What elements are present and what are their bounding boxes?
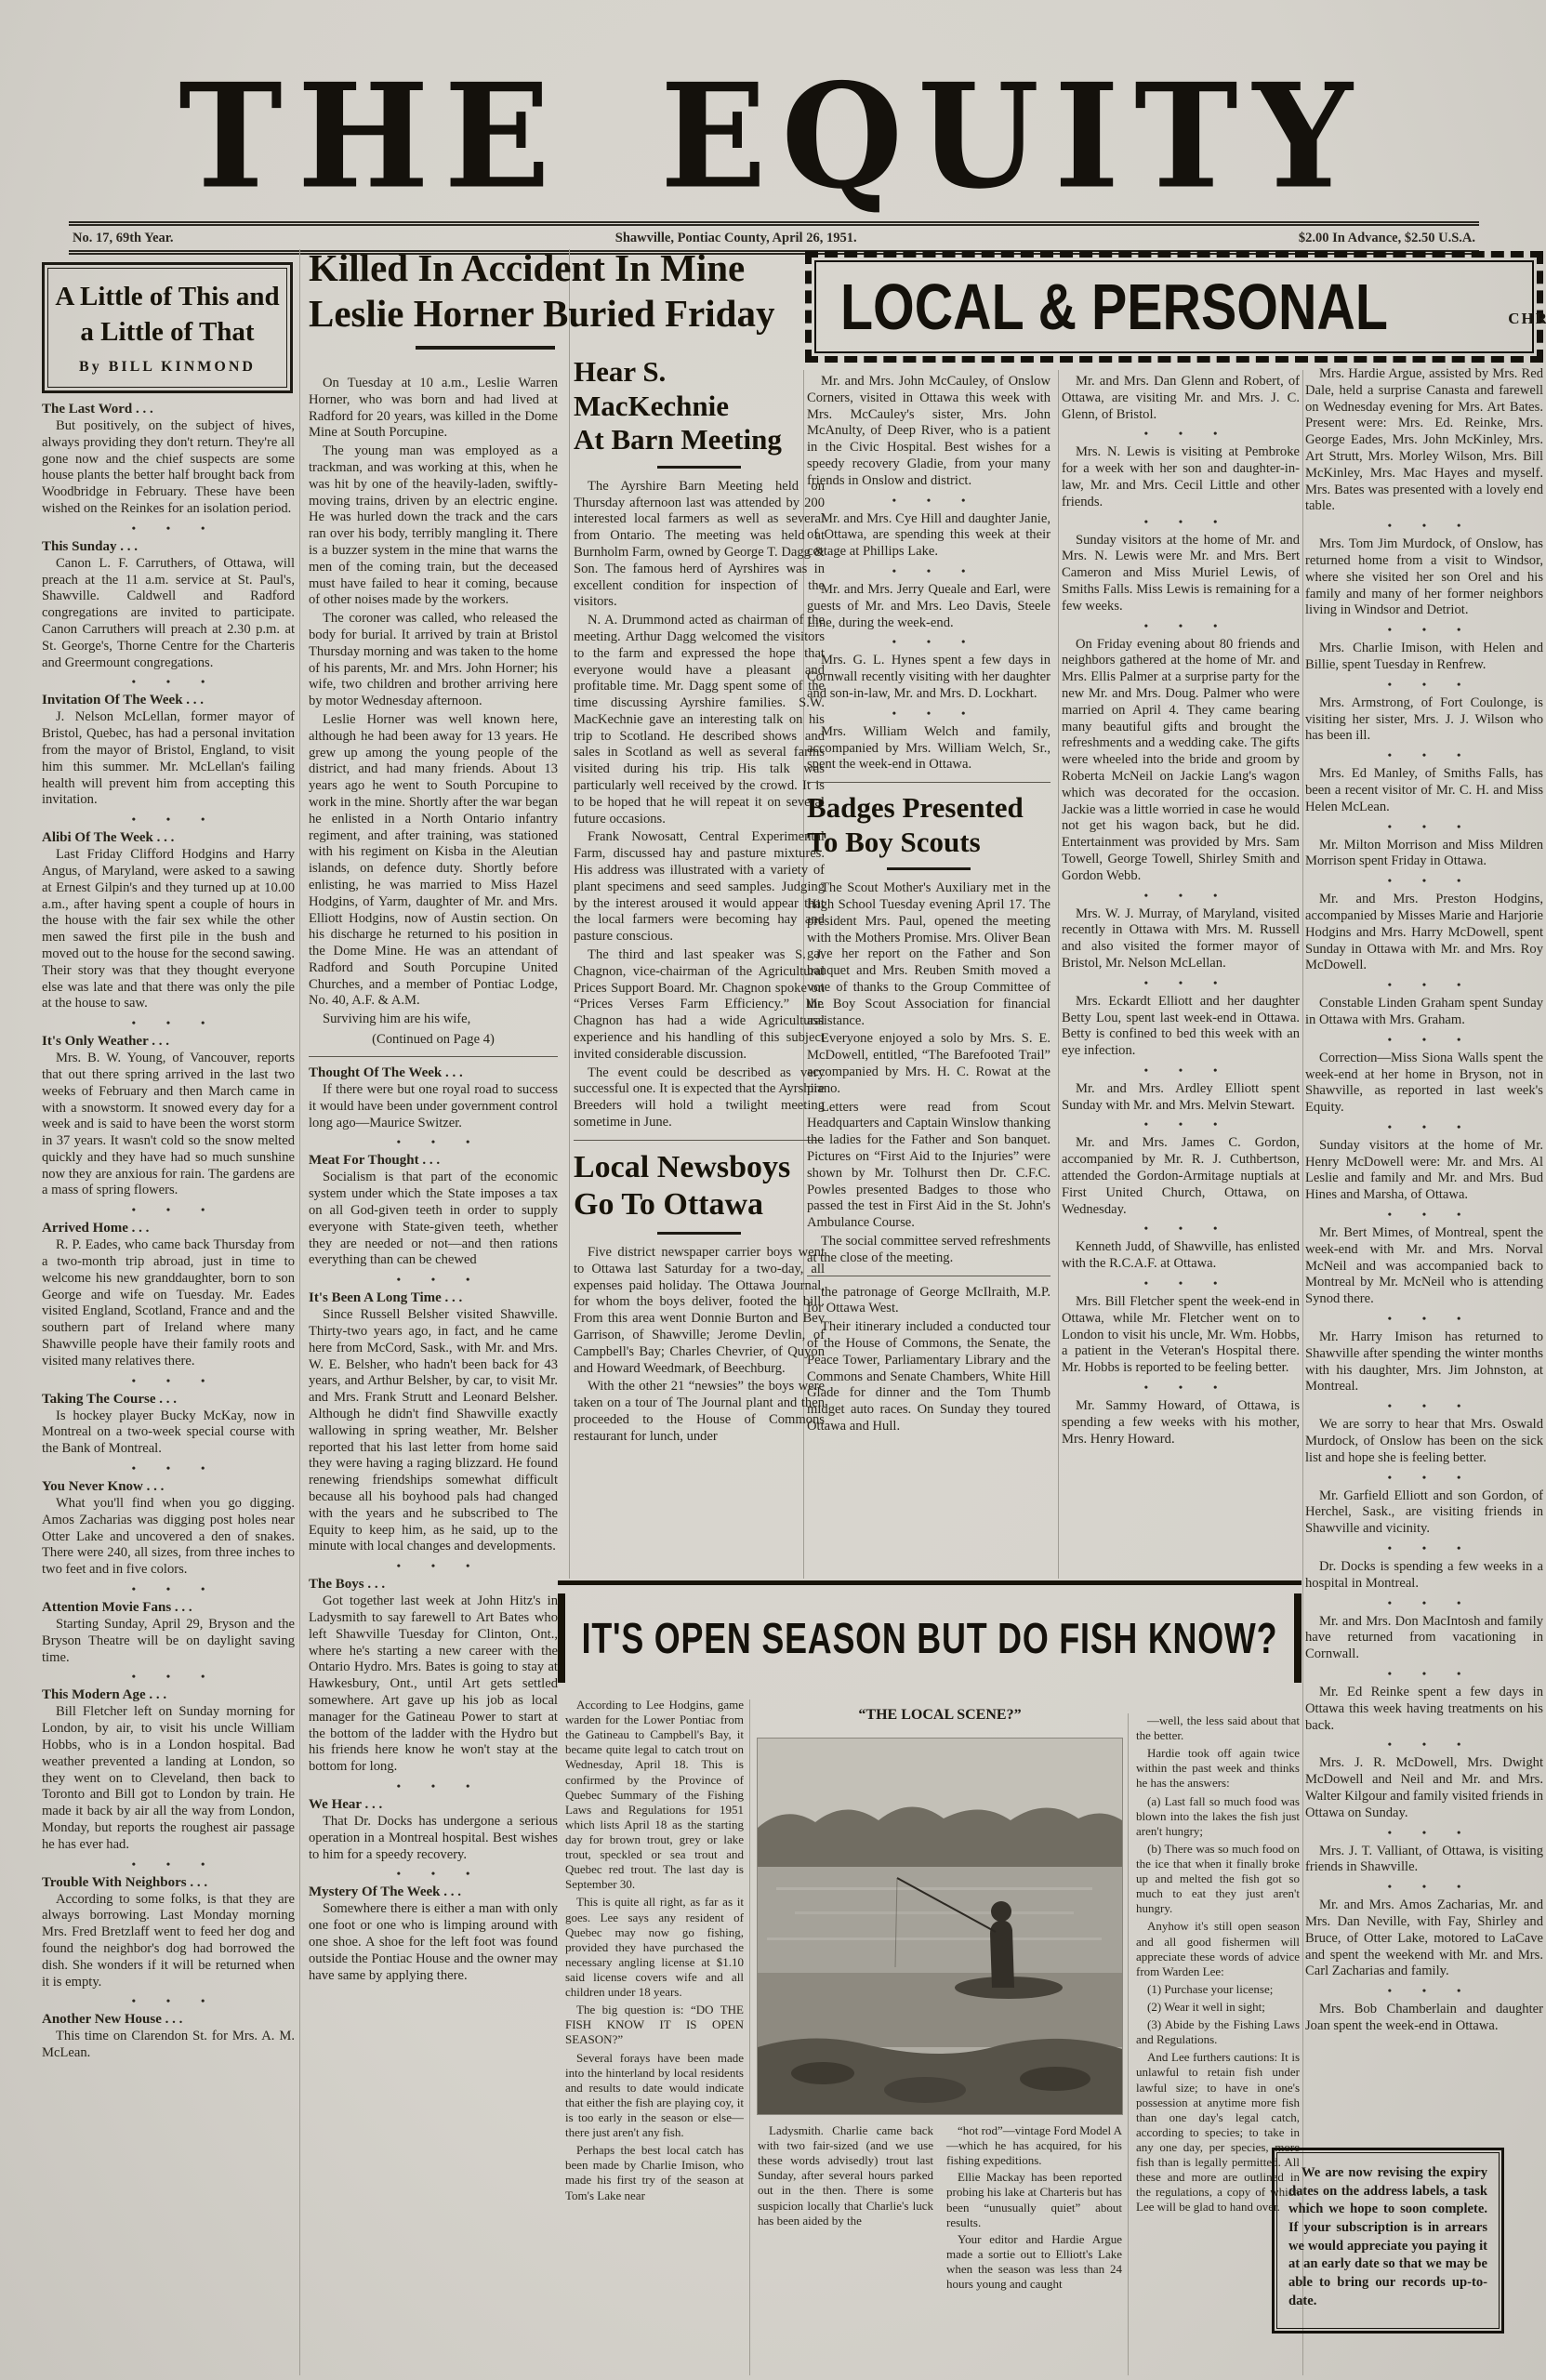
local-personal-item: Mr. and Mrs. Dan Glenn and Robert, of Ot… — [1062, 374, 1300, 439]
item-text: Correction—Miss Siona Walls spent the we… — [1305, 1051, 1543, 1117]
item-text: Mrs. Ed Manley, of Smiths Falls, has bee… — [1305, 766, 1543, 815]
stars-separator: • • • — [1062, 428, 1300, 439]
news-note: This Modern Age . . . Bill Fletcher left… — [42, 1687, 295, 1869]
item-text: Mr. and Mrs. James C. Gordon, accompanie… — [1062, 1135, 1300, 1218]
note-text: That Dr. Docks has undergone a serious o… — [309, 1814, 558, 1863]
headline-divider — [657, 466, 741, 469]
story-paragraph: The Ayrshire Barn Meeting held on Thursd… — [574, 479, 825, 611]
stars-separator: • • • — [42, 1858, 295, 1870]
stars-separator: • • • — [1062, 1118, 1300, 1130]
stars-separator: • • • — [1305, 979, 1543, 990]
note-text: Got together last week at John Hitz's in… — [309, 1593, 558, 1776]
stars-separator: • • • — [1305, 1313, 1543, 1324]
stars-separator: • • • — [42, 1583, 295, 1594]
item-text: Mr. and Mrs. John McCauley, of Onslow Co… — [807, 374, 1050, 490]
headline-divider — [887, 867, 971, 870]
story-paragraph: Hardie took off again twice within the p… — [1136, 1746, 1300, 1791]
note-heading: We Hear . . . — [309, 1797, 558, 1813]
column-three: Hear S. MacKechnie At Barn Meeting The A… — [574, 355, 825, 1579]
stars-separator: • • • — [1062, 1223, 1300, 1234]
local-personal-item: Mr. Harry Imison has returned to Shawvil… — [1305, 1329, 1543, 1411]
photo-footer-text: Ladysmith. Charlie came back with two fa… — [758, 2123, 1122, 2294]
local-personal-byline: By CHRIS KINMOND — [1508, 285, 1546, 328]
item-text: Mrs. J. T. Valliant, of Ottawa, is visit… — [1305, 1844, 1543, 1877]
note-heading: It's Been A Long Time . . . — [309, 1290, 558, 1306]
item-text: Mrs. William Welch and family, accompani… — [807, 724, 1050, 773]
stars-separator: • • • — [807, 565, 1050, 576]
note-text: What you'll find when you go digging. Am… — [42, 1496, 295, 1579]
stars-separator: • • • — [1305, 1739, 1543, 1750]
feature-column-box: A Little of This and a Little of That By… — [42, 262, 293, 393]
column-rule — [1128, 1713, 1129, 2375]
fishing-photo-art — [758, 1739, 1122, 2114]
story-paragraph: Ladysmith. Charlie came back with two fa… — [758, 2123, 933, 2228]
story-paragraph: (b) There was so much food on the ice th… — [1136, 1842, 1300, 1917]
mackechnie-headline-line1: Hear S. MacKechnie — [574, 355, 825, 423]
item-text: Mrs. J. R. McDowell, Mrs. Dwight McDowel… — [1305, 1755, 1543, 1821]
story-paragraph: (3) Abide by the Fishing Laws and Regula… — [1136, 2017, 1300, 2047]
stars-separator: • • • — [1062, 620, 1300, 631]
local-personal-item: Mrs. Armstrong, of Fort Coulonge, is vis… — [1305, 695, 1543, 760]
local-personal-item: Mrs. William Welch and family, accompani… — [807, 724, 1050, 773]
stars-separator: • • • — [1305, 1827, 1543, 1838]
stars-separator: • • • — [309, 1136, 558, 1147]
local-personal-item: Mr. Milton Morrison and Miss Mildren Mor… — [1305, 838, 1543, 887]
stars-separator: • • • — [42, 1017, 295, 1028]
news-note: Trouble With Neighbors . . . According t… — [42, 1875, 295, 2007]
note-text: Bill Fletcher left on Sunday morning for… — [42, 1704, 295, 1853]
killed-story: On Tuesday at 10 a.m., Leslie Warren Hor… — [309, 376, 558, 1028]
story-paragraph: Your editor and Hardie Argue made a sort… — [946, 2232, 1122, 2292]
killed-headline-line2: Leslie Horner Buried Friday — [309, 291, 840, 337]
dateline-place-date: Shawville, Pontiac County, April 26, 195… — [615, 231, 857, 246]
stars-separator: • • • — [1305, 520, 1543, 531]
stars-separator: • • • — [1305, 1121, 1543, 1132]
note-heading: The Boys . . . — [309, 1577, 558, 1593]
item-text: Mr. and Mrs. Jerry Queale and Earl, were… — [807, 582, 1050, 631]
story-paragraph: the patronage of George McIlraith, M.P. … — [807, 1285, 1050, 1318]
fish-headline-box: IT'S OPEN SEASON BUT DO FISH KNOW? — [558, 1593, 1302, 1683]
local-personal-item: Mr. Sammy Howard, of Ottawa, is spending… — [1062, 1398, 1300, 1448]
local-personal-item: Mrs. Eckardt Elliott and her daughter Be… — [1062, 994, 1300, 1076]
stars-separator: • • • — [42, 813, 295, 825]
item-text: Mrs. Armstrong, of Fort Coulonge, is vis… — [1305, 695, 1543, 745]
story-paragraph: N. A. Drummond acted as chairman of the … — [574, 613, 825, 827]
stars-separator: • • • — [42, 1204, 295, 1215]
story-paragraph: The third and last speaker was S. J. Cha… — [574, 947, 825, 1064]
item-text: Mr. Bert Mimes, of Montreal, spent the w… — [1305, 1225, 1543, 1308]
stars-separator: • • • — [1305, 1668, 1543, 1679]
stars-separator: • • • — [1305, 1472, 1543, 1483]
local-personal-item: Mrs. G. L. Hynes spent a few days in Cor… — [807, 653, 1050, 718]
local-personal-item: Mrs. N. Lewis is visiting at Pembroke fo… — [1062, 444, 1300, 526]
item-text: Mr. Sammy Howard, of Ottawa, is spending… — [1062, 1398, 1300, 1448]
item-text: Mrs. Charlie Imison, with Helen and Bill… — [1305, 641, 1543, 674]
local-personal-item: Mrs. Bill Fletcher spent the week-end in… — [1062, 1294, 1300, 1393]
subscription-notice-text: We are now revising the expiry dates on … — [1288, 2164, 1487, 2311]
local-personal-item: Mr. Ed Reinke spent a few days in Ottawa… — [1305, 1685, 1543, 1750]
local-personal-item: Correction—Miss Siona Walls spent the we… — [1305, 1051, 1543, 1132]
newsboys-story: Five district newspaper carrier boys wen… — [574, 1245, 825, 1446]
item-text: Mrs. G. L. Hynes spent a few days in Cor… — [807, 653, 1050, 702]
badges-headline-line2: To Boy Scouts — [807, 826, 1050, 860]
newsboys-story-continuation: the patronage of George McIlraith, M.P. … — [807, 1285, 1050, 1435]
subscription-price: $2.00 In Advance, $2.50 U.S.A. — [1299, 231, 1475, 246]
subscription-notice-box: We are now revising the expiry dates on … — [1272, 2148, 1504, 2334]
feature-column-byline: By BILL KINMOND — [54, 359, 281, 376]
item-text: Dr. Docks is spending a few weeks in a h… — [1305, 1559, 1543, 1593]
local-personal-item: Kenneth Judd, of Shawville, has enlisted… — [1062, 1239, 1300, 1289]
column-rule — [749, 1699, 750, 2375]
item-text: Mrs. N. Lewis is visiting at Pembroke fo… — [1062, 444, 1300, 510]
column-rule — [299, 249, 300, 2375]
stars-separator: • • • — [807, 707, 1050, 719]
news-note: Thought Of The Week . . . If there were … — [309, 1065, 558, 1147]
story-paragraph: Surviving him are his wife, — [309, 1011, 558, 1028]
note-text: Last Friday Clifford Hodgins and Harry A… — [42, 847, 295, 1012]
item-text: Mr. Garfield Elliott and son Gordon, of … — [1305, 1488, 1543, 1538]
fish-section-rule — [558, 1580, 1302, 1585]
stars-separator: • • • — [1305, 1209, 1543, 1220]
local-personal-item: Mr. and Mrs. John McCauley, of Onslow Co… — [807, 374, 1050, 506]
local-personal-item: Mrs. Hardie Argue, assisted by Mrs. Red … — [1305, 366, 1543, 531]
local-personal-banner-inner: LOCAL & PERSONAL By CHRIS KINMOND — [814, 260, 1534, 353]
stars-separator: • • • — [1305, 1881, 1543, 1892]
note-text: Mrs. B. W. Young, of Vancouver, reports … — [42, 1051, 295, 1199]
item-text: Mr. Harry Imison has returned to Shawvil… — [1305, 1329, 1543, 1395]
stars-separator: • • • — [42, 1995, 295, 2006]
local-personal-item: Mrs. W. J. Murray, of Maryland, visited … — [1062, 906, 1300, 988]
newsboys-headline-line1: Local Newsboys — [574, 1149, 825, 1186]
badges-story: The Scout Mother's Auxiliary met in the … — [807, 880, 1050, 1266]
note-text: But positively, on the subject of hives,… — [42, 418, 295, 518]
story-paragraph: (2) Wear it well in sight; — [1136, 2000, 1300, 2015]
stars-separator: • • • — [309, 1560, 558, 1571]
item-text: Mrs. Hardie Argue, assisted by Mrs. Red … — [1305, 366, 1543, 515]
story-paragraph: The social committee served refreshments… — [807, 1234, 1050, 1267]
byline-label: By — [1508, 285, 1546, 304]
local-personal-item: Sunday visitors at the home of Mr. Henry… — [1305, 1138, 1543, 1220]
story-paragraph: Everyone enjoyed a solo by Mrs. S. E. Mc… — [807, 1031, 1050, 1097]
local-personal-item: Mrs. Tom Jim Murdock, of Onslow, has ret… — [1305, 536, 1543, 635]
local-personal-banner: LOCAL & PERSONAL By CHRIS KINMOND — [805, 251, 1543, 363]
item-text: On Friday evening about 80 friends and n… — [1062, 637, 1300, 885]
byline-name: CHRIS KINMOND — [1508, 310, 1546, 328]
stars-separator: • • • — [42, 1375, 295, 1386]
feature-column-box-inner: A Little of This and a Little of That By… — [47, 268, 287, 388]
news-note: This Sunday . . . Canon L. F. Carruthers… — [42, 539, 295, 688]
story-paragraph: “hot rod”—vintage Ford Model A—which he … — [946, 2123, 1122, 2168]
newsboys-headline-line2: Go To Ottawa — [574, 1186, 825, 1223]
news-note: It's Been A Long Time . . . Since Russel… — [309, 1290, 558, 1571]
news-note: The Last Word . . . But positively, on t… — [42, 402, 295, 534]
item-text: Mr. Milton Morrison and Miss Mildren Mor… — [1305, 838, 1543, 871]
badges-headline: Badges Presented To Boy Scouts — [807, 791, 1050, 859]
killed-headline: Killed In Accident In Mine Leslie Horner… — [309, 245, 840, 350]
stars-separator: • • • — [807, 495, 1050, 506]
stars-separator: • • • — [807, 636, 1050, 647]
local-personal-item: Mr. and Mrs. James C. Gordon, accompanie… — [1062, 1135, 1300, 1234]
note-heading: Meat For Thought . . . — [309, 1153, 558, 1169]
photo-footer-leg1: Ladysmith. Charlie came back with two fa… — [758, 2123, 933, 2294]
item-text: Mr. and Mrs. Don MacIntosh and family ha… — [1305, 1614, 1543, 1663]
note-text: This time on Clarendon St. for Mrs. A. M… — [42, 2029, 295, 2062]
local-personal-item: Mr. and Mrs. Amos Zacharias, Mr. and Mrs… — [1305, 1897, 1543, 1996]
stars-separator: • • • — [1062, 890, 1300, 901]
item-text: Kenneth Judd, of Shawville, has enlisted… — [1062, 1239, 1300, 1273]
story-paragraph: Five district newspaper carrier boys wen… — [574, 1245, 825, 1377]
item-text: Sunday visitors at the home of Mr. and M… — [1062, 533, 1300, 615]
note-heading: Attention Movie Fans . . . — [42, 1600, 295, 1616]
story-paragraph: Frank Nowosatt, Central Experimental Far… — [574, 829, 825, 945]
stars-separator: • • • — [1305, 624, 1543, 635]
column-two-notes: Thought Of The Week . . . If there were … — [309, 1065, 558, 1984]
local-personal-item: Mrs. Ed Manley, of Smiths Falls, has bee… — [1305, 766, 1543, 831]
story-paragraph: Ellie Mackay has been reported probing h… — [946, 2170, 1122, 2229]
story-paragraph: This is quite all right, as far as it go… — [565, 1895, 744, 2000]
stars-separator: • • • — [1062, 1064, 1300, 1076]
story-paragraph: (1) Purchase your license; — [1136, 1982, 1300, 1997]
local-personal-items: Mr. and Mrs. John McCauley, of Onslow Co… — [807, 374, 1050, 773]
news-note: Another New House . . . This time on Cla… — [42, 2012, 295, 2062]
mackechnie-headline-line2: At Barn Meeting — [574, 423, 825, 457]
news-note: Meat For Thought . . . Socialism is that… — [309, 1153, 558, 1285]
photo-caption: “THE LOCAL SCENE?” — [758, 1707, 1122, 1724]
stars-separator: • • • — [1305, 679, 1543, 690]
local-personal-item: Mr. and Mrs. Preston Hodgins, accompanie… — [1305, 892, 1543, 990]
story-paragraph: The young man was employed as a trackman… — [309, 443, 558, 609]
note-heading: Arrived Home . . . — [42, 1221, 295, 1236]
stars-separator: • • • — [1062, 1382, 1300, 1393]
note-text: If there were but one royal road to succ… — [309, 1082, 558, 1131]
item-text: Mr. and Mrs. Amos Zacharias, Mr. and Mrs… — [1305, 1897, 1543, 1980]
item-text: Mr. Ed Reinke spent a few days in Ottawa… — [1305, 1685, 1543, 1734]
note-heading: The Last Word . . . — [42, 402, 295, 417]
note-text: Is hockey player Bucky McKay, now in Mon… — [42, 1408, 295, 1458]
stars-separator: • • • — [309, 1868, 558, 1879]
column-two: On Tuesday at 10 a.m., Leslie Warren Hor… — [309, 376, 558, 2380]
masthead-title: THE EQUITY — [0, 65, 1546, 209]
item-text: Mrs. Tom Jim Murdock, of Onslow, has ret… — [1305, 536, 1543, 619]
item-text: Sunday visitors at the home of Mr. Henry… — [1305, 1138, 1543, 1204]
column-rule — [569, 249, 570, 1579]
story-paragraph: Anyhow it's still open season and all go… — [1136, 1919, 1300, 1978]
photo-footer-leg2: “hot rod”—vintage Ford Model A—which he … — [946, 2123, 1122, 2294]
item-text: Mr. and Mrs. Cye Hill and daughter Janie… — [807, 511, 1050, 561]
note-heading: You Never Know . . . — [42, 1479, 295, 1495]
stars-separator: • • • — [309, 1780, 558, 1792]
column-rule — [1058, 370, 1059, 1579]
note-heading: This Modern Age . . . — [42, 1687, 295, 1703]
note-heading: Alibi Of The Week . . . — [42, 830, 295, 846]
story-paragraph: —well, the less said about that the bett… — [1136, 1713, 1300, 1743]
news-note: Attention Movie Fans . . . Starting Sund… — [42, 1600, 295, 1682]
news-note: Invitation Of The Week . . . J. Nelson M… — [42, 693, 295, 825]
section-rule — [807, 782, 1050, 783]
continued-line: (Continued on Page 4) — [309, 1032, 558, 1048]
local-personal-item: Mr. and Mrs. Jerry Queale and Earl, were… — [807, 582, 1050, 647]
column-six: Mrs. Hardie Argue, assisted by Mrs. Red … — [1305, 366, 1543, 2140]
item-text: We are sorry to hear that Mrs. Oswald Mu… — [1305, 1417, 1543, 1466]
note-heading: Invitation Of The Week . . . — [42, 693, 295, 708]
stars-separator: • • • — [1305, 1542, 1543, 1554]
note-heading: Trouble With Neighbors . . . — [42, 1875, 295, 1891]
item-text: Mrs. W. J. Murray, of Maryland, visited … — [1062, 906, 1300, 972]
news-note: Taking The Course . . . Is hockey player… — [42, 1392, 295, 1474]
story-paragraph: On Tuesday at 10 a.m., Leslie Warren Hor… — [309, 376, 558, 442]
section-rule — [574, 1140, 825, 1141]
stars-separator: • • • — [42, 676, 295, 687]
news-note: Mystery Of The Week . . . Somewhere ther… — [309, 1884, 558, 1984]
stars-separator: • • • — [42, 1671, 295, 1682]
note-text: Starting Sunday, April 29, Bryson and th… — [42, 1617, 295, 1666]
stars-separator: • • • — [42, 522, 295, 534]
note-text: Since Russell Belsher visited Shawville.… — [309, 1307, 558, 1555]
item-text: Mr. and Mrs. Preston Hodgins, accompanie… — [1305, 892, 1543, 974]
stars-separator: • • • — [1305, 821, 1543, 832]
note-heading: It's Only Weather . . . — [42, 1034, 295, 1050]
note-text: Somewhere there is either a man with onl… — [309, 1901, 558, 1984]
feature-title-line1: A Little of This and — [54, 280, 281, 315]
badges-headline-line1: Badges Presented — [807, 791, 1050, 826]
note-heading: Taking The Course . . . — [42, 1392, 295, 1408]
note-text: J. Nelson McLellan, former mayor of Bris… — [42, 709, 295, 809]
column-four: Mr. and Mrs. John McCauley, of Onslow Co… — [807, 374, 1050, 1579]
local-personal-item: Constable Linden Graham spent Sunday in … — [1305, 996, 1543, 1045]
subscription-notice-inner: We are now revising the expiry dates on … — [1276, 2152, 1500, 2329]
mackechnie-story: The Ayrshire Barn Meeting held on Thursd… — [574, 479, 825, 1131]
story-paragraph: According to Lee Hodgins, game warden fo… — [565, 1698, 744, 1892]
story-paragraph: The coroner was called, who released the… — [309, 611, 558, 710]
note-text: Socialism is that part of the economic s… — [309, 1170, 558, 1269]
local-personal-item: We are sorry to hear that Mrs. Oswald Mu… — [1305, 1417, 1543, 1482]
news-note: The Boys . . . Got together last week at… — [309, 1577, 558, 1792]
feature-title-line2: a Little of That — [54, 315, 281, 350]
stars-separator: • • • — [1305, 1985, 1543, 1996]
stars-separator: • • • — [42, 1462, 295, 1474]
stars-separator: • • • — [1062, 977, 1300, 988]
news-note: It's Only Weather . . . Mrs. B. W. Young… — [42, 1034, 295, 1215]
item-text: Mrs. Bob Chamberlain and daughter Joan s… — [1305, 2002, 1543, 2035]
local-personal-item: Mrs. J. T. Valliant, of Ottawa, is visit… — [1305, 1844, 1543, 1893]
note-text: Canon L. F. Carruthers, of Ottawa, will … — [42, 556, 295, 672]
local-personal-item: Mrs. J. R. McDowell, Mrs. Dwight McDowel… — [1305, 1755, 1543, 1837]
story-paragraph: (a) Last fall so much food was blown int… — [1136, 1794, 1300, 1839]
story-paragraph: The event could be described as very suc… — [574, 1065, 825, 1131]
note-text: According to some folks, is that they ar… — [42, 1892, 295, 1991]
local-personal-item: Dr. Docks is spending a few weeks in a h… — [1305, 1559, 1543, 1608]
stars-separator: • • • — [1062, 1277, 1300, 1289]
note-heading: This Sunday . . . — [42, 539, 295, 555]
newsboys-headline: Local Newsboys Go To Ottawa — [574, 1149, 825, 1223]
news-note: You Never Know . . . What you'll find wh… — [42, 1479, 295, 1594]
fish-headline: IT'S OPEN SEASON BUT DO FISH KNOW? — [582, 1613, 1278, 1663]
killed-headline-line1: Killed In Accident In Mine — [309, 245, 840, 291]
story-paragraph: Letters were read from Scout Headquarter… — [807, 1100, 1050, 1232]
local-personal-item: Mr. and Mrs. Don MacIntosh and family ha… — [1305, 1614, 1543, 1679]
local-personal-item: Mr. and Mrs. Ardley Elliott spent Sunday… — [1062, 1081, 1300, 1130]
local-personal-title: LOCAL & PERSONAL — [840, 274, 1388, 339]
news-note: Arrived Home . . . R. P. Eades, who came… — [42, 1221, 295, 1385]
story-paragraph: Several forays have been made into the h… — [565, 2051, 744, 2141]
stars-separator: • • • — [309, 1274, 558, 1285]
item-text: Mrs. Bill Fletcher spent the week-end in… — [1062, 1294, 1300, 1377]
local-personal-item: Mr. and Mrs. Cye Hill and daughter Janie… — [807, 511, 1050, 576]
column-one: The Last Word . . . But positively, on t… — [42, 400, 295, 2376]
stars-separator: • • • — [1305, 749, 1543, 760]
fishing-photo — [758, 1739, 1122, 2114]
issue-number: No. 17, 69th Year. — [73, 231, 173, 246]
stars-separator: • • • — [1305, 1400, 1543, 1411]
stars-separator: • • • — [1305, 1034, 1543, 1045]
feature-column-title: A Little of This and a Little of That — [54, 280, 281, 350]
local-personal-item: Mr. Bert Mimes, of Montreal, spent the w… — [1305, 1225, 1543, 1324]
fish-left-column: According to Lee Hodgins, game warden fo… — [565, 1698, 744, 2376]
item-text: Mrs. Eckardt Elliott and her daughter Be… — [1062, 994, 1300, 1060]
story-paragraph: The Scout Mother's Auxiliary met in the … — [807, 880, 1050, 1029]
local-personal-item: Sunday visitors at the home of Mr. and M… — [1062, 533, 1300, 631]
note-heading: Mystery Of The Week . . . — [309, 1884, 558, 1900]
note-text: R. P. Eades, who came back Thursday from… — [42, 1237, 295, 1369]
section-rule — [807, 1276, 1050, 1276]
local-personal-item: Mrs. Charlie Imison, with Helen and Bill… — [1305, 641, 1543, 690]
item-text: Mr. and Mrs. Ardley Elliott spent Sunday… — [1062, 1081, 1300, 1115]
headline-divider — [657, 1232, 741, 1235]
story-paragraph: Perhaps the best local catch has been ma… — [565, 2143, 744, 2202]
newspaper-page: THE EQUITY No. 17, 69th Year. Shawville,… — [0, 0, 1546, 2380]
story-paragraph: Leslie Horner was well known here, altho… — [309, 712, 558, 1010]
note-heading: Thought Of The Week . . . — [309, 1065, 558, 1081]
stars-separator: • • • — [1305, 875, 1543, 886]
news-note: We Hear . . . That Dr. Docks has undergo… — [309, 1797, 558, 1879]
section-rule — [309, 1056, 558, 1057]
stars-separator: • • • — [1062, 516, 1300, 527]
item-text: Mr. and Mrs. Dan Glenn and Robert, of Ot… — [1062, 374, 1300, 423]
local-personal-item: Mr. Garfield Elliott and son Gordon, of … — [1305, 1488, 1543, 1554]
stars-separator: • • • — [1305, 1597, 1543, 1608]
local-personal-item: Mrs. Bob Chamberlain and daughter Joan s… — [1305, 2002, 1543, 2035]
note-heading: Another New House . . . — [42, 2012, 295, 2028]
column-rule — [1302, 370, 1303, 2375]
item-text: Constable Linden Graham spent Sunday in … — [1305, 996, 1543, 1029]
mackechnie-headline: Hear S. MacKechnie At Barn Meeting — [574, 355, 825, 457]
story-paragraph: With the other 21 “newsies” the boys wer… — [574, 1379, 825, 1445]
local-personal-item: On Friday evening about 80 friends and n… — [1062, 637, 1300, 901]
column-five: Mr. and Mrs. Dan Glenn and Robert, of Ot… — [1062, 374, 1300, 1579]
story-paragraph: The big question is: “DO THE FISH KNOW I… — [565, 2003, 744, 2047]
story-paragraph: Their itinerary included a conducted tou… — [807, 1319, 1050, 1435]
headline-divider — [416, 346, 555, 350]
news-note: Alibi Of The Week . . . Last Friday Clif… — [42, 830, 295, 1028]
